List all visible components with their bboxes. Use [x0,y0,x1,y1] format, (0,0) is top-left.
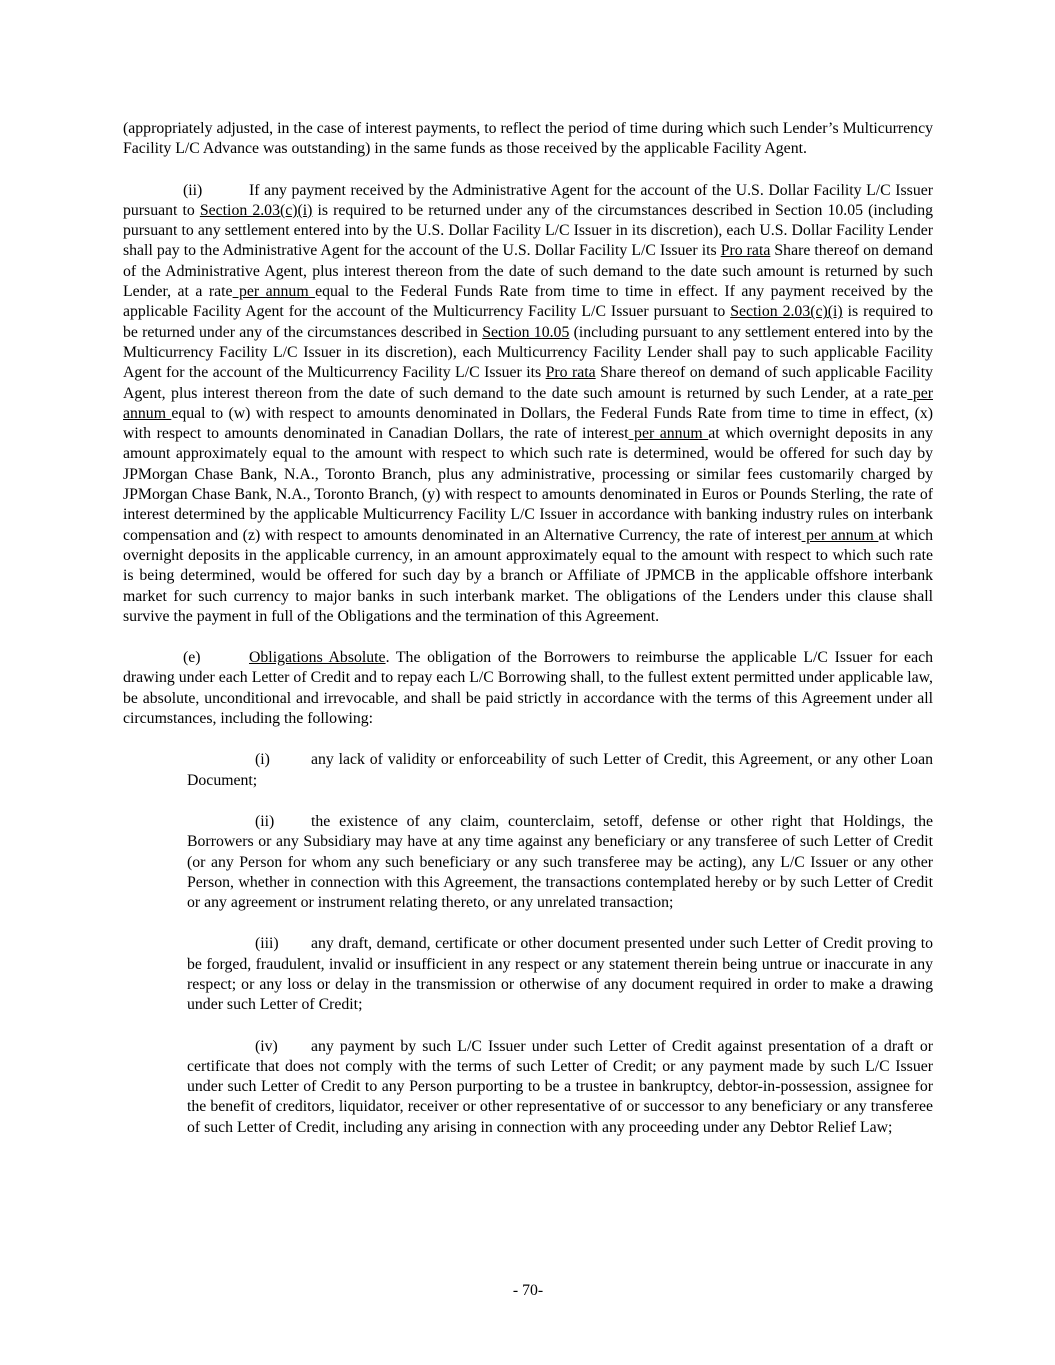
para-e-obligations-absolute: (e)Obligations Absolute. The obligation … [123,648,933,729]
underlined-term: Obligations Absolute [249,649,386,666]
underlined-term: per annum [629,425,709,442]
paragraph-text: If any payment received by the Administr… [123,182,933,625]
document-page: { "doc": { "paragraphs": [ { "label": ""… [0,0,1055,1365]
underlined-term: Pro rata [546,364,596,381]
underlined-term: Section 2.03(c)(i) [200,202,313,219]
paragraph-number-label: (ii) [183,181,249,201]
paragraph-number-label: (i) [255,750,311,770]
paragraph-number-label: (iii) [255,934,311,954]
subpara-ii-existence-of-claim: (ii)the existence of any claim, counterc… [187,812,933,913]
text-run: (appropriately adjusted, in the case of … [123,120,933,157]
underlined-term: per annum [233,283,316,300]
paragraph-number-label: (iv) [255,1037,311,1057]
underlined-term: per annum [802,527,879,544]
subpara-i-lack-of-validity: (i)any lack of validity or enforceabilit… [187,750,933,791]
underlined-term: Pro rata [721,242,771,259]
paragraph-number-label: (e) [183,648,249,668]
underlined-term: Section 10.05 [482,324,569,341]
page-number: - 70- [123,1281,933,1301]
para-ii-payment-returned: (ii)If any payment received by the Admin… [123,181,933,628]
paragraph-text: (appropriately adjusted, in the case of … [123,120,933,157]
subpara-iii-any-draft: (iii)any draft, demand, certificate or o… [187,934,933,1015]
subpara-iv-any-payment: (iv)any payment by such L/C Issuer under… [187,1037,933,1138]
underlined-term: Section 2.03(c)(i) [730,303,842,320]
document-body: (appropriately adjusted, in the case of … [123,119,933,1159]
para-appropriately-adjusted: (appropriately adjusted, in the case of … [123,119,933,160]
paragraph-number-label: (ii) [255,812,311,832]
